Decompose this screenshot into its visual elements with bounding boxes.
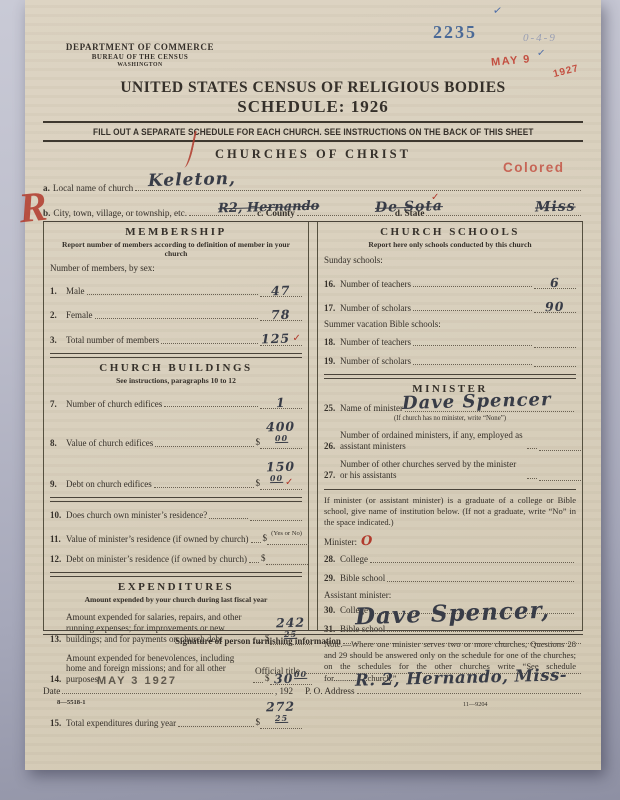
form-row-residence-owned: 10. Does church own minister’s residence… (50, 510, 302, 521)
handwritten-grad-mark: O (361, 534, 373, 549)
membership-title: MEMBERSHIP (50, 226, 302, 238)
row-number: 8. (50, 438, 66, 449)
right-column: CHURCH SCHOOLS Report here only schools … (317, 222, 583, 630)
row-number: 27. (324, 470, 340, 481)
row-value: 47 (260, 281, 302, 297)
row-number: 13. (50, 634, 66, 645)
form-row-edifice-value: 8. Value of church edifices $ 40000 (50, 417, 302, 449)
row-label: Bible school (340, 573, 385, 584)
dotted-leader (370, 562, 574, 563)
double-rule (50, 497, 302, 502)
dotted-leader (249, 562, 259, 563)
dotted-leader (209, 518, 248, 519)
row-value (539, 480, 581, 481)
currency-sign: $ (263, 533, 268, 544)
form-row-minister-college: 28. College (324, 554, 576, 565)
row-label: Debt on church edifices (66, 479, 152, 490)
form-row-residence-value: 11. Value of minister’s residence (if ow… (50, 533, 302, 545)
row-number: 15. (50, 718, 66, 729)
row-label: Value of church edifices (66, 438, 153, 449)
expenditures-title: EXPENDITURES (50, 581, 302, 593)
form-row-summer-scholars: 19. Number of scholars (324, 356, 576, 367)
form-row-male: 1. Male 47 (50, 281, 302, 297)
agency-block: DEPARTMENT OF COMMERCE BUREAU OF THE CEN… (55, 42, 225, 69)
handwritten-church-name: Keleton, (148, 169, 236, 191)
dotted-leader (426, 215, 581, 216)
summer-schools-label: Summer vacation Bible schools: (324, 319, 576, 329)
date-year-prefix: , 192 (275, 686, 293, 696)
line-letter: a. (43, 183, 50, 193)
row-number: 25. (324, 403, 340, 414)
row-label: Female (66, 310, 93, 321)
dotted-leader (251, 542, 261, 543)
dotted-leader (527, 448, 537, 449)
row-value (534, 366, 576, 367)
form-row-summer-teachers: 18. Number of teachers (324, 337, 576, 348)
check-icon: ✓ (285, 477, 293, 488)
row-number: 2. (50, 310, 66, 321)
schools-title: CHURCH SCHOOLS (324, 226, 576, 238)
row-value: 78 (260, 305, 302, 321)
row-value (539, 450, 581, 451)
form-title: UNITED STATES CENSUS OF RELIGIOUS BODIES (25, 79, 601, 97)
agency-city: WASHINGTON (55, 62, 225, 69)
dotted-leader (135, 190, 581, 191)
row-label: College (340, 554, 368, 565)
dotted-leader (87, 294, 259, 295)
form-row-minister-name: 25. Name of minister Dave Spencer (324, 403, 576, 414)
row-label: Number of teachers (340, 279, 411, 290)
form-row-sunday-scholars: 17. Number of scholars 90 (324, 297, 576, 313)
schools-subtitle: Report here only schools conducted by th… (324, 240, 576, 249)
row-value (266, 564, 308, 565)
check-icon: ✓ (492, 3, 503, 17)
department-name: DEPARTMENT OF COMMERCE (55, 42, 225, 53)
handwritten-value: 125 (261, 331, 290, 347)
row-number: 30. (324, 605, 340, 616)
instruction-bar-text: FILL OUT A SEPARATE SCHEDULE FOR EACH CH… (93, 127, 533, 137)
received-year-stamp: 1927 (552, 63, 580, 80)
expenditures-subtitle: Amount expended by your church during la… (50, 595, 302, 604)
buildings-title: CHURCH BUILDINGS (50, 362, 302, 374)
dotted-leader (413, 345, 532, 346)
dotted-leader (154, 487, 254, 488)
dotted-leader (413, 364, 532, 365)
row-number: 10. (50, 510, 66, 521)
instruction-bar: FILL OUT A SEPARATE SCHEDULE FOR EACH CH… (43, 121, 583, 142)
dotted-leader (413, 310, 532, 311)
handwritten-city: R2, Hernando (218, 199, 320, 217)
handwritten-value: 1 (276, 395, 286, 410)
graduate-intro: If minister (or assistant minister) is a… (324, 495, 576, 528)
date-label: Date (43, 686, 60, 696)
row-number: 9. (50, 479, 66, 490)
row-label: Number of scholars (340, 303, 411, 314)
form-row-other-churches: 27. Number of other churches served by t… (324, 459, 576, 481)
row-label: Name of minister (340, 403, 403, 414)
bureau-name: BUREAU OF THE CENSUS (55, 53, 225, 62)
dotted-leader (62, 693, 273, 694)
received-date-stamp: MAY 9 (491, 53, 532, 68)
dotted-leader (413, 286, 532, 287)
double-rule (43, 630, 583, 635)
graduate-minister-label: Minister:O (324, 534, 576, 549)
row-label: Male (66, 286, 85, 297)
currency-sign: $ (261, 553, 266, 564)
dotted-leader (95, 318, 259, 319)
dotted-leader (357, 693, 581, 694)
handwritten-state: Miss (535, 198, 576, 215)
date-stamp: MAY 3 1927 (97, 675, 177, 687)
row-label: Debt on minister’s residence (if owned b… (66, 554, 247, 565)
no-minister-note: (If church has no minister, write “None”… (324, 415, 576, 422)
row-number: 14. (50, 674, 66, 685)
local-name-line: a. Local name of church Keleton, (43, 183, 583, 193)
handwritten-cents: 00 (275, 434, 288, 444)
check-icon: ✓ (431, 192, 439, 203)
row-label: Does church own minister’s residence? (66, 510, 207, 521)
row-label: Total number of members (66, 335, 159, 346)
row-number: 29. (324, 573, 340, 584)
row-label: Total expenditures during year (66, 718, 176, 729)
row-value (267, 544, 309, 545)
row-label: Number of church edifices (66, 399, 162, 410)
double-rule (324, 374, 576, 379)
handwritten-value: 90 (545, 299, 565, 315)
row-number: 7. (50, 399, 66, 410)
row-number: 11. (50, 534, 66, 545)
row-number: 19. (324, 356, 340, 367)
signature-label: Signature of person furnishing informati… (175, 636, 341, 646)
check-icon: ✓ (537, 48, 546, 60)
single-rule (324, 489, 576, 490)
left-column: MEMBERSHIP Report number of members acco… (43, 222, 309, 630)
po-address-line: P. O. Address (305, 686, 583, 696)
minister-label-text: Minister: (324, 537, 357, 547)
colored-stamp: Colored (503, 160, 565, 175)
handwritten-value: 6 (550, 275, 560, 290)
form-number: 8—5518-1 (57, 699, 86, 706)
dotted-leader (155, 446, 253, 447)
row-value: 27225 (260, 697, 302, 729)
handwritten-minister-name: Dave Spencer (402, 389, 552, 414)
line-letter: b. (43, 208, 50, 218)
row-value: 40000 (260, 417, 302, 449)
dotted-leader (527, 478, 537, 479)
dotted-leader (387, 581, 574, 582)
form-row-edifice-debt: 9. Debt on church edifices $ 15000 ✓ (50, 457, 302, 490)
print-number: 11—9204 (463, 701, 488, 708)
row-number: 28. (324, 554, 340, 565)
row-value: 15000 ✓ (260, 457, 302, 490)
dotted-leader (178, 726, 253, 727)
form-row-total-expenditures: 15. Total expenditures during year $ 272… (50, 697, 302, 729)
sunday-schools-label: Sunday schools: (324, 255, 576, 265)
handwritten-value: 272 (266, 699, 295, 715)
handwritten-cents: 00 (269, 474, 282, 484)
form-row-female: 2. Female 78 (50, 305, 302, 321)
serial-number-stamp: 2235 (433, 22, 477, 43)
membership-subtitle: Report number of members according to de… (50, 240, 302, 259)
form-row-total-members: 3. Total number of members 125 ✓ (50, 329, 302, 346)
form-row-minister-bible-school: 29. Bible school (324, 573, 576, 584)
row-value: (Yes or No) (250, 520, 302, 521)
dotted-leader (253, 682, 263, 683)
form-row-edifices: 7. Number of church edifices 1 (50, 393, 302, 409)
row-number: 17. (324, 303, 340, 314)
row-label: Value of minister’s residence (if owned … (66, 534, 249, 545)
location-line: b. City, town, village, or township, etc… (43, 208, 583, 218)
dotted-leader (161, 343, 258, 344)
signature-line: Signature of person furnishing informati… (175, 636, 583, 646)
row-label: Number of scholars (340, 356, 411, 367)
row-number: 12. (50, 554, 66, 565)
row-value: 125 ✓ (260, 329, 302, 346)
row-value: 90 (534, 297, 576, 313)
census-schedule-form: 2235 ✓ 0-4-9 MAY 9 ✓ 1927 DEPARTMENT OF … (25, 0, 601, 770)
form-row-residence-debt: 12. Debt on minister’s residence (if own… (50, 553, 302, 565)
po-address-label: P. O. Address (305, 686, 355, 696)
form-row-ordained-ministers: 26. Number of ordained ministers, if any… (324, 430, 576, 452)
row-label: Number of other churches served by the m… (340, 459, 525, 481)
row-number: 3. (50, 335, 66, 346)
yes-or-no-note: (Yes or No) (271, 530, 302, 538)
check-icon: ✓ (292, 333, 300, 344)
dotted-leader (164, 406, 258, 407)
line-label: City, town, village, or township, etc. (53, 208, 187, 218)
double-rule (50, 353, 302, 358)
handwritten-cents: 25 (275, 714, 288, 724)
membership-intro: Number of members, by sex: (50, 263, 302, 273)
form-subtitle: SCHEDULE: 1926 (25, 97, 601, 117)
handwritten-value: 78 (271, 307, 291, 323)
row-value: 6 (534, 273, 576, 289)
dotted-leader (343, 643, 581, 644)
row-number: 26. (324, 441, 340, 452)
buildings-subtitle: See instructions, paragraphs 10 to 12 (50, 376, 302, 385)
double-rule (50, 572, 302, 577)
row-number: 1. (50, 286, 66, 297)
row-number: 16. (324, 279, 340, 290)
row-label: Number of ordained ministers, if any, em… (340, 430, 525, 452)
handwritten-value: 47 (271, 283, 291, 299)
row-number: 18. (324, 337, 340, 348)
official-title-label: Official title (255, 666, 300, 676)
form-row-sunday-teachers: 16. Number of teachers 6 (324, 273, 576, 289)
line-label: Local name of church (53, 183, 133, 193)
row-label: Number of teachers (340, 337, 411, 348)
date-line: Date , 192 (43, 686, 293, 696)
row-value (534, 347, 576, 348)
pencil-code: 0-4-9 (523, 32, 557, 44)
handwritten-value: 242 (276, 614, 305, 630)
row-value: 1 (260, 393, 302, 409)
